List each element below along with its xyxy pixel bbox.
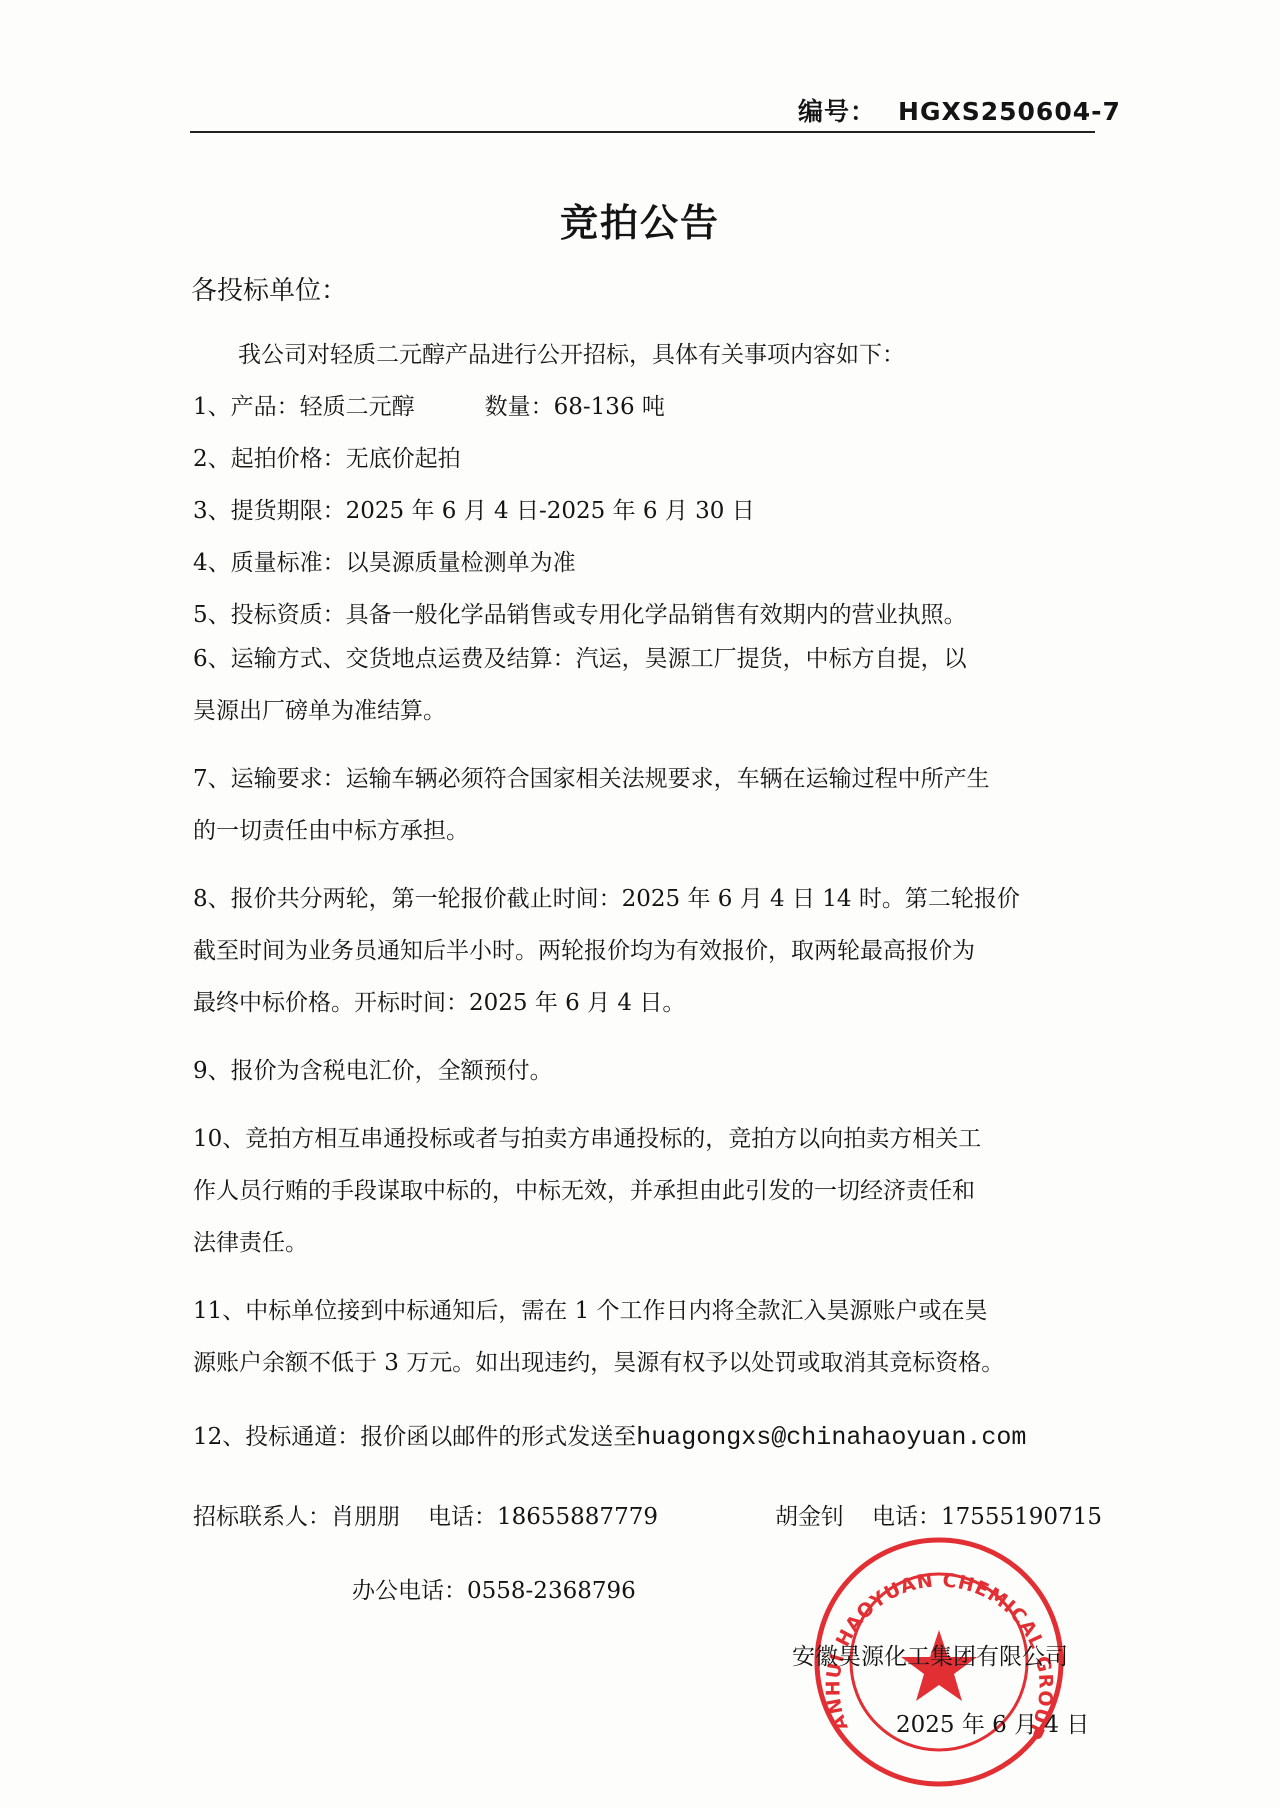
item-10-line-1: 10、竞拍方相互串通投标或者与拍卖方串通投标的，竞拍方以向拍卖方相关工 xyxy=(193,1120,981,1153)
item-11-line-1: 11、中标单位接到中标通知后，需在 1 个工作日内将全款汇入昊源账户或在昊 xyxy=(193,1292,988,1325)
document-number: 编号：HGXS250604-7 xyxy=(798,92,1121,128)
contact-1-name: 肖朋朋 xyxy=(331,1504,400,1530)
contact-label: 招标联系人： xyxy=(193,1504,331,1530)
item-8-line-3: 最终中标价格。开标时间：2025 年 6 月 4 日。 xyxy=(193,984,685,1017)
item-12-label: 12、投标通道：报价函以邮件的形式发送至 xyxy=(193,1424,636,1450)
signature-date: 2025 年 6 月 4 日 xyxy=(896,1706,1089,1739)
bid-email-link[interactable]: huagongxs@chinahaoyuan.com xyxy=(636,1423,1026,1452)
contact-2: 胡金钊电话：17555190715 xyxy=(775,1498,1102,1531)
item-2: 2、起拍价格：无底价起拍 xyxy=(193,440,461,473)
item-6-line-1: 6、运输方式、交货地点运费及结算：汽运，昊源工厂提货，中标方自提，以 xyxy=(193,640,967,673)
item-12: 12、投标通道：报价函以邮件的形式发送至huagongxs@chinahaoyu… xyxy=(193,1418,1026,1452)
item-1: 1、产品：轻质二元醇数量：68-136 吨 xyxy=(193,388,665,421)
contact-row: 招标联系人：肖朋朋电话：18655887779 xyxy=(193,1498,658,1531)
item-6-line-2: 昊源出厂磅单为准结算。 xyxy=(193,692,446,725)
item-10-line-2: 作人员行贿的手段谋取中标的，中标无效，并承担由此引发的一切经济责任和 xyxy=(193,1172,975,1205)
item-9: 9、报价为含税电汇价，全额预付。 xyxy=(193,1052,553,1085)
company-signature: 安徽昊源化工集团有限公司 xyxy=(792,1638,1068,1671)
header-divider xyxy=(190,131,1095,133)
document-number-value: HGXS250604-7 xyxy=(898,97,1121,126)
page-title: 竞拍公告 xyxy=(0,192,1280,247)
item-7-line-2: 的一切责任由中标方承担。 xyxy=(193,812,469,845)
contact-2-phone: 电话：17555190715 xyxy=(872,1504,1102,1530)
item-10-line-3: 法律责任。 xyxy=(193,1224,308,1257)
contact-1-phone: 电话：18655887779 xyxy=(428,1504,658,1530)
intro-paragraph: 我公司对轻质二元醇产品进行公开招标，具体有关事项内容如下： xyxy=(238,336,905,369)
item-11-line-2: 源账户余额不低于 3 万元。如出现违约，昊源有权予以处罚或取消其竞标资格。 xyxy=(193,1344,1004,1377)
item-1-product: 1、产品：轻质二元醇 xyxy=(193,394,415,420)
office-phone: 办公电话：0558-2368796 xyxy=(352,1572,636,1605)
item-4: 4、质量标准：以昊源质量检测单为准 xyxy=(193,544,576,577)
greeting: 各投标单位： xyxy=(191,270,347,307)
item-5: 5、投标资质：具备一般化学品销售或专用化学品销售有效期内的营业执照。 xyxy=(193,596,967,629)
item-1-quantity: 数量：68-136 吨 xyxy=(485,394,665,420)
item-7-line-1: 7、运输要求：运输车辆必须符合国家相关法规要求，车辆在运输过程中所产生 xyxy=(193,760,990,793)
item-8-line-1: 8、报价共分两轮，第一轮报价截止时间：2025 年 6 月 4 日 14 时。第… xyxy=(193,880,1020,913)
item-3: 3、提货期限：2025 年 6 月 4 日-2025 年 6 月 30 日 xyxy=(193,492,755,525)
contact-2-name: 胡金钊 xyxy=(775,1504,844,1530)
document-number-label: 编号： xyxy=(798,97,876,126)
item-8-line-2: 截至时间为业务员通知后半小时。两轮报价均为有效报价，取两轮最高报价为 xyxy=(193,932,975,965)
